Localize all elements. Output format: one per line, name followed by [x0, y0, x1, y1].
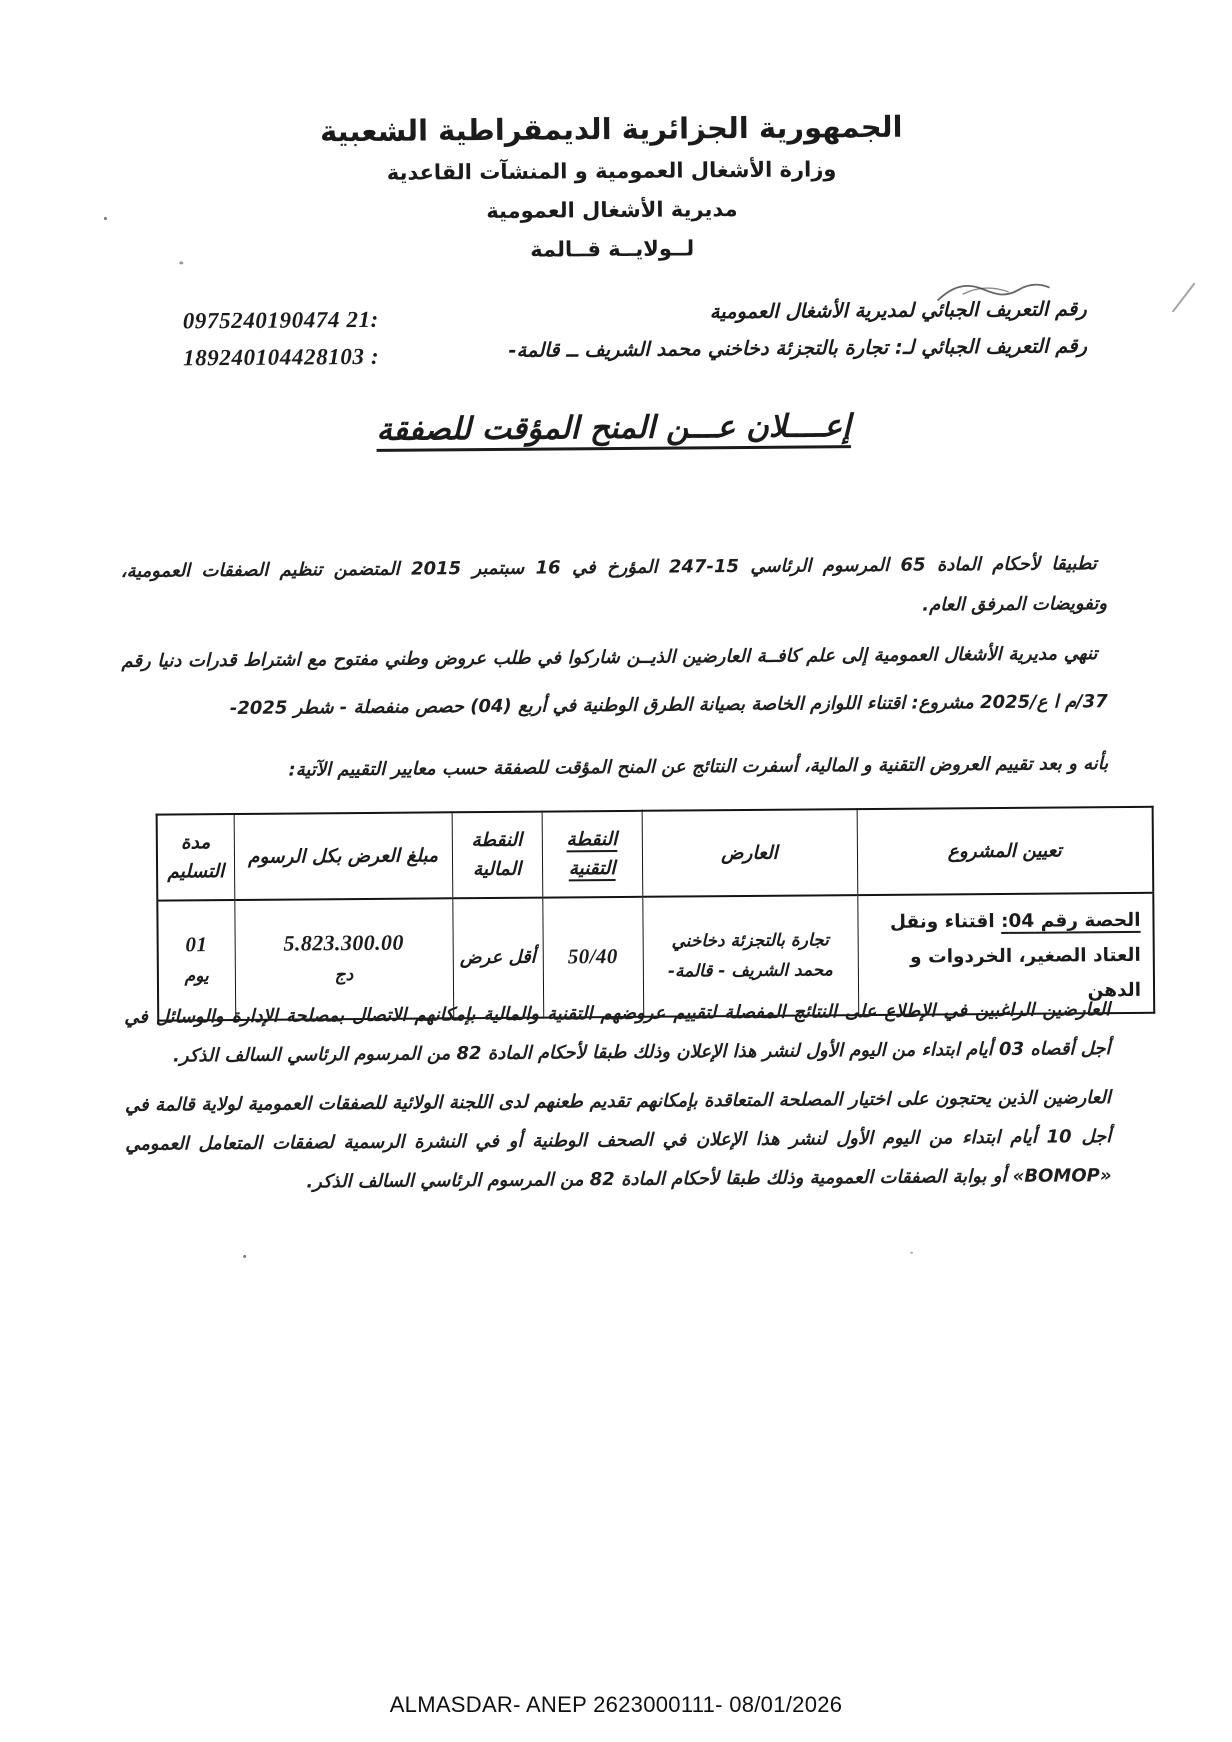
lot-number: الحصة رقم 04: [1001, 910, 1141, 932]
tax-value-directorate: 0975240190474 21: [183, 301, 379, 340]
col-offer-amount: مبلغ العرض بكل الرسوم [234, 812, 453, 900]
tax-label-bidder: رقم التعريف الجبائي لـ: تجارة بالتجزئة د… [508, 327, 1087, 369]
publication-footer: ALMASDAR- ANEP 2623000111- 08/01/2026 [0, 1692, 1232, 1718]
paragraph-tender-notice: تنهي مديرية الأشغال العمومية إلى علم كاف… [121, 630, 1108, 734]
delivery-value: 01 [165, 929, 229, 959]
scanned-document-page: الجمهورية الجزائرية الديمقراطية الشعبية … [0, 0, 1232, 1742]
technical-score-value: 50/40 [568, 944, 618, 968]
wilaya-line: لــولايــة قــالمة [0, 225, 1228, 274]
table-header-row: تعيين المشروع العارض النقطة التقنية النق… [157, 807, 1154, 901]
paragraph-results-intro: بأنه و بعد تقييم العروض التقنية و المالي… [148, 744, 1108, 792]
pen-scribble [934, 278, 1052, 309]
col-project-designation: تعيين المشروع [857, 807, 1154, 895]
announcement-title: إعــــلان عـــن المنح المؤقت للصفقة [0, 405, 1230, 451]
document-content: الجمهورية الجزائرية الديمقراطية الشعبية … [0, 0, 1232, 1742]
col-delivery-period: مدة التسليم [157, 814, 235, 901]
tax-value-bidder: 189240104428103 : [183, 338, 379, 377]
offer-amount-value: 5.823.300.00 [241, 927, 446, 959]
scan-speck [179, 261, 183, 264]
scan-speck [104, 217, 107, 220]
scan-speck [910, 1252, 913, 1254]
paragraph-results-access: العارضين الراغبين في الإطلاع على النتائج… [124, 990, 1111, 1076]
offer-amount-currency: دج [241, 959, 446, 991]
tax-id-values: 0975240190474 21: 189240104428103 : [183, 301, 380, 377]
pen-stroke [1172, 283, 1196, 313]
paragraph-appeal-procedure: العارضين الذين يحتجون على اختيار المصلحة… [125, 1078, 1112, 1203]
col-technical-score: النقطة التقنية [542, 811, 643, 898]
scan-speck [243, 1255, 246, 1258]
award-table: تعيين المشروع العارض النقطة التقنية النق… [156, 806, 1156, 1022]
delivery-unit: يوم [165, 961, 229, 991]
col-financial-score: النقطة المالية [452, 812, 543, 899]
col-bidder: العارض [642, 809, 858, 897]
paragraph-legal-basis: تطبيقا لأحكام المادة 65 المرسوم الرئاسي … [121, 544, 1108, 632]
letterhead: الجمهورية الجزائرية الديمقراطية الشعبية … [0, 101, 1228, 274]
